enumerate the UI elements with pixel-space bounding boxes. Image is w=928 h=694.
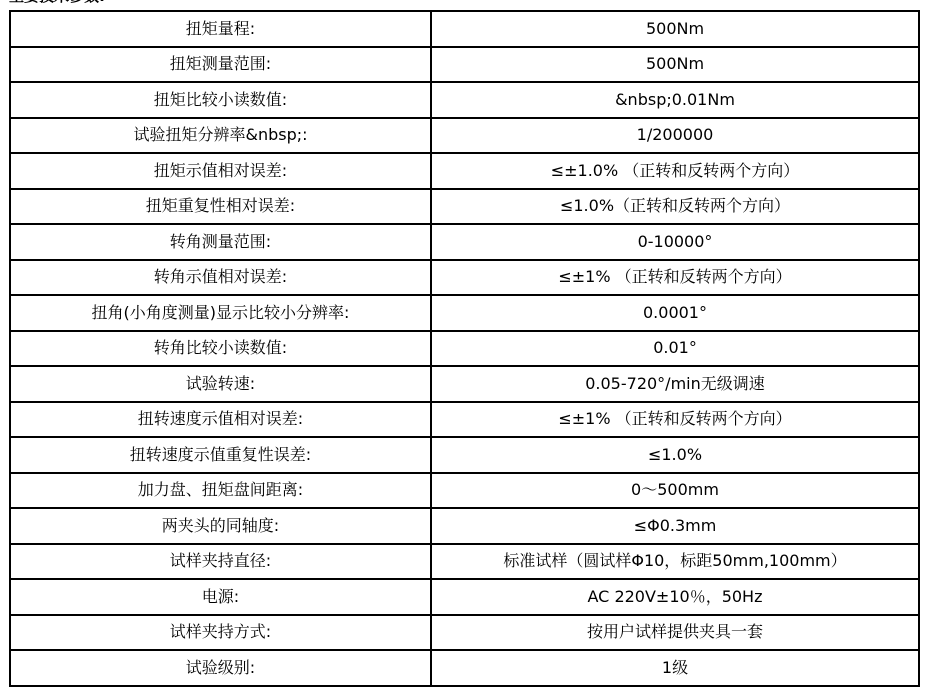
- param-label-cell: 转角比较小读数值:: [10, 331, 431, 367]
- param-value-cell: 标准试样（圆试样Φ10，标距50mm,100mm）: [431, 544, 919, 580]
- param-label-cell: 电源:: [10, 579, 431, 615]
- table-row: 扭转速度示值重复性误差: ≤1.0%: [10, 437, 919, 473]
- param-label-cell: 试样夹持方式:: [10, 615, 431, 651]
- param-value-cell: ≤Φ0.3mm: [431, 508, 919, 544]
- table-row: 试样夹持方式: 按用户试样提供夹具一套: [10, 615, 919, 651]
- param-label-cell: 转角示值相对误差:: [10, 260, 431, 296]
- param-value-cell: 0.01°: [431, 331, 919, 367]
- table-row: 扭矩测量范围: 500Nm: [10, 47, 919, 83]
- param-value-cell: AC 220V±10％，50Hz: [431, 579, 919, 615]
- param-label-cell: 扭矩比较小读数值:: [10, 82, 431, 118]
- table-row: 扭矩量程: 500Nm: [10, 11, 919, 47]
- param-value-cell: 0-10000°: [431, 224, 919, 260]
- table-row: 转角示值相对误差: ≤±1% （正转和反转两个方向）: [10, 260, 919, 296]
- table-row: 扭转速度示值相对误差: ≤±1% （正转和反转两个方向）: [10, 402, 919, 438]
- param-value-cell: 按用户试样提供夹具一套: [431, 615, 919, 651]
- param-label-cell: 转角测量范围:: [10, 224, 431, 260]
- param-label-cell: 扭矩示值相对误差:: [10, 153, 431, 189]
- table-row: 转角测量范围: 0-10000°: [10, 224, 919, 260]
- param-value-cell: ≤±1% （正转和反转两个方向）: [431, 402, 919, 438]
- table-row: 扭矩比较小读数值: &nbsp;0.01Nm: [10, 82, 919, 118]
- table-row: 试样夹持直径: 标准试样（圆试样Φ10，标距50mm,100mm）: [10, 544, 919, 580]
- page: 主要技术参数: 扭矩量程: 500Nm 扭矩测量范围: 500Nm 扭矩比较小读…: [0, 0, 928, 694]
- table-row: 扭角(小角度测量)显示比较小分辨率: 0.0001°: [10, 295, 919, 331]
- table-row: 扭矩示值相对误差: ≤±1.0% （正转和反转两个方向）: [10, 153, 919, 189]
- table-row: 试验扭矩分辨率&nbsp;: 1/200000: [10, 118, 919, 154]
- param-label-cell: 试验级别:: [10, 650, 431, 686]
- param-value-cell: ≤±1% （正转和反转两个方向）: [431, 260, 919, 296]
- param-label-cell: 试验扭矩分辨率&nbsp;:: [10, 118, 431, 154]
- table-row: 试验转速: 0.05-720°/min无级调速: [10, 366, 919, 402]
- param-label-cell: 扭转速度示值相对误差:: [10, 402, 431, 438]
- table-row: 试验级别: 1级: [10, 650, 919, 686]
- param-value-cell: ≤1.0%（正转和反转两个方向）: [431, 189, 919, 225]
- param-label-cell: 试样夹持直径:: [10, 544, 431, 580]
- param-value-cell: 1级: [431, 650, 919, 686]
- param-label-cell: 扭矩量程:: [10, 11, 431, 47]
- param-value-cell: 0.0001°: [431, 295, 919, 331]
- table-row: 两夹头的同轴度: ≤Φ0.3mm: [10, 508, 919, 544]
- table-row: 加力盘、扭矩盘间距离: 0～500mm: [10, 473, 919, 509]
- table-row: 转角比较小读数值: 0.01°: [10, 331, 919, 367]
- page-heading: 主要技术参数:: [9, 0, 919, 5]
- param-value-cell: 500Nm: [431, 47, 919, 83]
- param-value-cell: 0～500mm: [431, 473, 919, 509]
- param-value-cell: ≤±1.0% （正转和反转两个方向）: [431, 153, 919, 189]
- param-value-cell: ≤1.0%: [431, 437, 919, 473]
- param-label-cell: 扭角(小角度测量)显示比较小分辨率:: [10, 295, 431, 331]
- param-value-cell: 1/200000: [431, 118, 919, 154]
- spec-table-body: 扭矩量程: 500Nm 扭矩测量范围: 500Nm 扭矩比较小读数值: &nbs…: [10, 11, 919, 686]
- param-value-cell: 500Nm: [431, 11, 919, 47]
- param-label-cell: 加力盘、扭矩盘间距离:: [10, 473, 431, 509]
- param-value-cell: &nbsp;0.01Nm: [431, 82, 919, 118]
- param-label-cell: 试验转速:: [10, 366, 431, 402]
- param-label-cell: 两夹头的同轴度:: [10, 508, 431, 544]
- param-label-cell: 扭矩测量范围:: [10, 47, 431, 83]
- table-row: 扭矩重复性相对误差: ≤1.0%（正转和反转两个方向）: [10, 189, 919, 225]
- spec-table: 扭矩量程: 500Nm 扭矩测量范围: 500Nm 扭矩比较小读数值: &nbs…: [9, 10, 920, 687]
- param-label-cell: 扭矩重复性相对误差:: [10, 189, 431, 225]
- heading-clip: 主要技术参数:: [9, 0, 919, 10]
- param-value-cell: 0.05-720°/min无级调速: [431, 366, 919, 402]
- table-row: 电源: AC 220V±10％，50Hz: [10, 579, 919, 615]
- param-label-cell: 扭转速度示值重复性误差:: [10, 437, 431, 473]
